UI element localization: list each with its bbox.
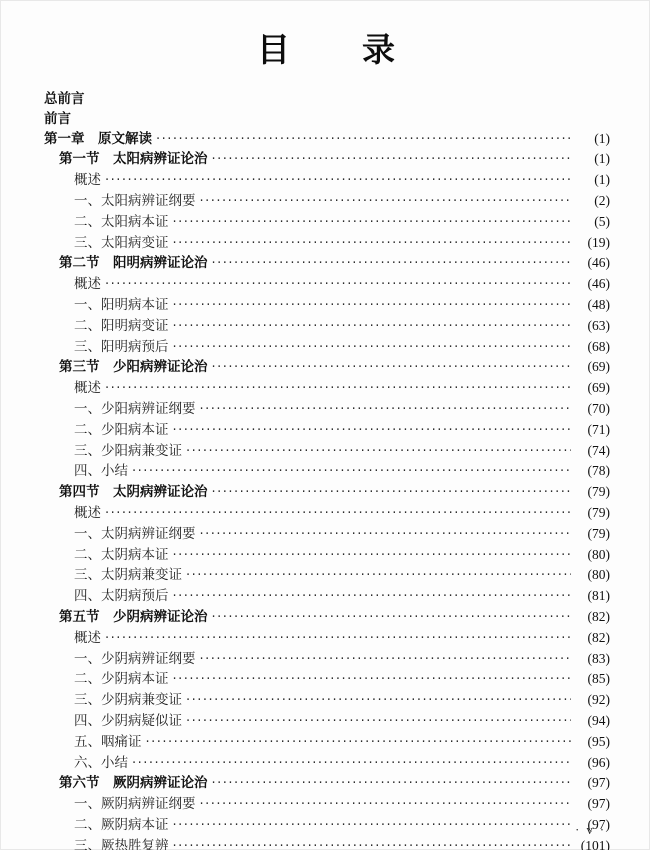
toc-entry: 第六节 厥阴病辨证论治·····························… xyxy=(44,773,610,794)
toc-leader-dots: ········································… xyxy=(105,629,571,649)
toc-leader-dots: ········································… xyxy=(212,608,572,628)
toc-entry-page: (1) xyxy=(574,170,610,190)
toc-entry-label: 第三节 少阳病辨证论治 xyxy=(59,357,208,377)
toc-entry-label: 第四节 太阴病辨证论治 xyxy=(59,482,208,502)
toc-page: 目 录 总前言前言第一章 原文解读·······················… xyxy=(0,0,650,850)
toc-leader-dots: ········································… xyxy=(173,670,572,690)
toc-entry-label: 概述 xyxy=(74,628,101,648)
toc-entry-label: 二、少阴病本证 xyxy=(74,669,169,689)
toc-entry-label: 第一章 原文解读 xyxy=(44,129,152,149)
toc-entry-label: 四、太阴病预后 xyxy=(74,586,169,606)
toc-entry-page: (82) xyxy=(574,628,610,648)
toc-entry-page: (63) xyxy=(574,316,610,336)
toc-entry: 一、太阳病辨证纲要·······························… xyxy=(44,191,610,212)
toc-entry-label: 一、厥阴病辨证纲要 xyxy=(74,794,196,814)
toc-entry-page: (92) xyxy=(574,690,610,710)
toc-entry: 二、厥阴病本证·································… xyxy=(44,815,610,836)
toc-leader-dots: ········································… xyxy=(173,421,572,441)
toc-leader-dots: ········································… xyxy=(212,483,572,503)
toc-entry: 一、阳明病本证·································… xyxy=(44,295,610,316)
toc-entry-label: 一、少阴病辨证纲要 xyxy=(74,649,196,669)
toc-leader-dots: ········································… xyxy=(105,504,571,524)
toc-entry: 三、少阴病兼变证································… xyxy=(44,690,610,711)
toc-leader-dots: ········································… xyxy=(173,338,572,358)
toc-entry: 概述······································… xyxy=(44,274,610,295)
toc-leader-dots: ········································… xyxy=(105,171,571,191)
toc-entry: 四、小结····································… xyxy=(44,461,610,482)
toc-leader-dots: ········································… xyxy=(200,400,572,420)
toc-entry-label: 第一节 太阳病辨证论治 xyxy=(59,149,208,169)
toc-entry: 第三节 少阳病辨证论治·····························… xyxy=(44,357,610,378)
toc-entry-page: (96) xyxy=(574,753,610,773)
toc-entry-label: 第五节 少阴病辨证论治 xyxy=(59,607,208,627)
toc-entry-label: 第六节 厥阴病辨证论治 xyxy=(59,773,208,793)
toc-leader-dots: ········································… xyxy=(200,192,572,212)
toc-entry-label: 概述 xyxy=(74,503,101,523)
toc-entry: 概述······································… xyxy=(44,628,610,649)
toc-entry: 二、太阳病本证·································… xyxy=(44,212,610,233)
toc-entry-label: 三、阳明病预后 xyxy=(74,337,169,357)
toc-entry: 第一节 太阳病辨证论治·····························… xyxy=(44,149,610,170)
toc-leader-dots: ········································… xyxy=(186,442,571,462)
toc-entry: 概述······································… xyxy=(44,378,610,399)
toc-entry-page: (46) xyxy=(574,253,610,273)
toc-entry-label: 六、小结 xyxy=(74,753,128,773)
toc-leader-dots: ········································… xyxy=(200,650,572,670)
toc-leader-dots: ········································… xyxy=(200,525,572,545)
toc-entry: 第二节 阳明病辨证论治·····························… xyxy=(44,253,610,274)
toc-entry: 二、太阴病本证·································… xyxy=(44,545,610,566)
toc-entry-page: (5) xyxy=(574,212,610,232)
toc-leader-dots: ········································… xyxy=(212,150,572,170)
toc-entry-page: (74) xyxy=(574,441,610,461)
toc-leader-dots: ········································… xyxy=(173,317,572,337)
toc-entry-page: (95) xyxy=(574,732,610,752)
toc-entry-label: 二、太阳病本证 xyxy=(74,212,169,232)
toc-entry-page: (46) xyxy=(574,274,610,294)
toc-entry-page: (80) xyxy=(574,545,610,565)
toc-entry-label: 二、厥阴病本证 xyxy=(74,815,169,835)
toc-entry-label: 总前言 xyxy=(44,89,85,109)
toc-leader-dots: ········································… xyxy=(173,587,572,607)
toc-entry: 总前言 xyxy=(44,89,610,109)
toc-entry-page: (79) xyxy=(574,503,610,523)
toc-leader-dots: ········································… xyxy=(105,275,571,295)
toc-entry: 五、咽痛证···································… xyxy=(44,732,610,753)
toc-entry-label: 一、阳明病本证 xyxy=(74,295,169,315)
toc-entry: 一、少阳病辨证纲要·······························… xyxy=(44,399,610,420)
toc-entry-label: 一、太阳病辨证纲要 xyxy=(74,191,196,211)
toc-entry-page: (82) xyxy=(574,607,610,627)
toc-entry: 第四节 太阴病辨证论治·····························… xyxy=(44,482,610,503)
toc-entry: 概述······································… xyxy=(44,170,610,191)
toc-entry-label: 三、太阳病变证 xyxy=(74,233,169,253)
toc-entry: 二、少阴病本证·································… xyxy=(44,669,610,690)
toc-entry-label: 第二节 阳明病辨证论治 xyxy=(59,253,208,273)
toc-leader-dots: ········································… xyxy=(173,213,572,233)
toc-entry-page: (48) xyxy=(574,295,610,315)
toc-entry: 一、厥阴病辨证纲要·······························… xyxy=(44,794,610,815)
toc-leader-dots: ········································… xyxy=(173,837,572,850)
toc-entry-page: (80) xyxy=(574,565,610,585)
toc-entry: 二、少阳病本证·································… xyxy=(44,420,610,441)
toc-entry-label: 三、少阳病兼变证 xyxy=(74,441,182,461)
toc-entry-page: (85) xyxy=(574,669,610,689)
toc-entry: 四、太阴病预后·································… xyxy=(44,586,610,607)
toc-leader-dots: ········································… xyxy=(212,254,572,274)
toc-leader-dots: ········································… xyxy=(186,712,571,732)
toc-leader-dots: ········································… xyxy=(173,816,572,836)
toc-entry: 三、阳明病预后·································… xyxy=(44,337,610,358)
toc-entry-page: (68) xyxy=(574,337,610,357)
toc-entry-label: 概述 xyxy=(74,378,101,398)
toc-entry: 三、太阴病兼变证································… xyxy=(44,565,610,586)
toc-entry-label: 三、厥热胜复辨 xyxy=(74,836,169,850)
toc-entry: 三、少阳病兼变证································… xyxy=(44,441,610,462)
toc-entry-page: (97) xyxy=(574,773,610,793)
toc-entry-page: (97) xyxy=(574,794,610,814)
footer-page-number: · v · xyxy=(575,823,606,838)
toc-entry-label: 一、太阴病辨证纲要 xyxy=(74,524,196,544)
toc-entry-page: (69) xyxy=(574,378,610,398)
toc-entry-label: 四、小结 xyxy=(74,461,128,481)
toc-entry: 三、厥热胜复辨·································… xyxy=(44,836,610,850)
toc-leader-dots: ········································… xyxy=(173,234,572,254)
toc-leader-dots: ········································… xyxy=(186,691,571,711)
toc-entry-page: (78) xyxy=(574,461,610,481)
toc-entry-page: (94) xyxy=(574,711,610,731)
toc-entry: 一、少阴病辨证纲要·······························… xyxy=(44,649,610,670)
toc-entry: 四、少阴病疑似证································… xyxy=(44,711,610,732)
toc-leader-dots: ········································… xyxy=(173,296,572,316)
toc-entry-page: (19) xyxy=(574,233,610,253)
toc-list: 总前言前言第一章 原文解读···························… xyxy=(44,89,610,850)
toc-entry-page: (71) xyxy=(574,420,610,440)
toc-entry: 三、太阳病变证·································… xyxy=(44,233,610,254)
toc-entry: 二、阳明病变证·································… xyxy=(44,316,610,337)
page-title: 目 录 xyxy=(44,24,610,71)
toc-entry: 前言 xyxy=(44,109,610,129)
toc-entry-label: 三、少阴病兼变证 xyxy=(74,690,182,710)
toc-entry-page: (1) xyxy=(574,129,610,149)
toc-leader-dots: ········································… xyxy=(132,462,571,482)
toc-leader-dots: ········································… xyxy=(132,754,571,774)
toc-entry-page: (69) xyxy=(574,357,610,377)
toc-entry-label: 二、少阳病本证 xyxy=(74,420,169,440)
toc-entry-page: (81) xyxy=(574,586,610,606)
toc-entry-page: (1) xyxy=(574,149,610,169)
toc-leader-dots: ········································… xyxy=(173,546,572,566)
toc-entry-page: (2) xyxy=(574,191,610,211)
toc-leader-dots: ········································… xyxy=(105,379,571,399)
toc-entry: 第五节 少阴病辨证论治·····························… xyxy=(44,607,610,628)
toc-entry: 一、太阴病辨证纲要·······························… xyxy=(44,524,610,545)
toc-entry-label: 二、太阴病本证 xyxy=(74,545,169,565)
toc-entry-label: 概述 xyxy=(74,274,101,294)
toc-entry-page: (79) xyxy=(574,482,610,502)
toc-entry: 六、小结····································… xyxy=(44,753,610,774)
toc-entry-label: 二、阳明病变证 xyxy=(74,316,169,336)
toc-entry-page: (79) xyxy=(574,524,610,544)
toc-leader-dots: ········································… xyxy=(200,795,572,815)
toc-entry: 第一章 原文解读································… xyxy=(44,129,610,150)
toc-entry-label: 一、少阳病辨证纲要 xyxy=(74,399,196,419)
toc-entry-label: 前言 xyxy=(44,109,71,129)
toc-entry: 概述······································… xyxy=(44,503,610,524)
toc-entry-label: 五、咽痛证 xyxy=(74,732,142,752)
toc-leader-dots: ········································… xyxy=(212,358,572,378)
toc-leader-dots: ········································… xyxy=(212,774,572,794)
toc-leader-dots: ········································… xyxy=(186,566,571,586)
toc-entry-label: 四、少阴病疑似证 xyxy=(74,711,182,731)
toc-entry-page: (70) xyxy=(574,399,610,419)
toc-entry-label: 三、太阴病兼变证 xyxy=(74,565,182,585)
toc-leader-dots: ········································… xyxy=(146,733,572,753)
toc-leader-dots: ········································… xyxy=(156,130,571,150)
toc-entry-label: 概述 xyxy=(74,170,101,190)
toc-entry-page: (83) xyxy=(574,649,610,669)
